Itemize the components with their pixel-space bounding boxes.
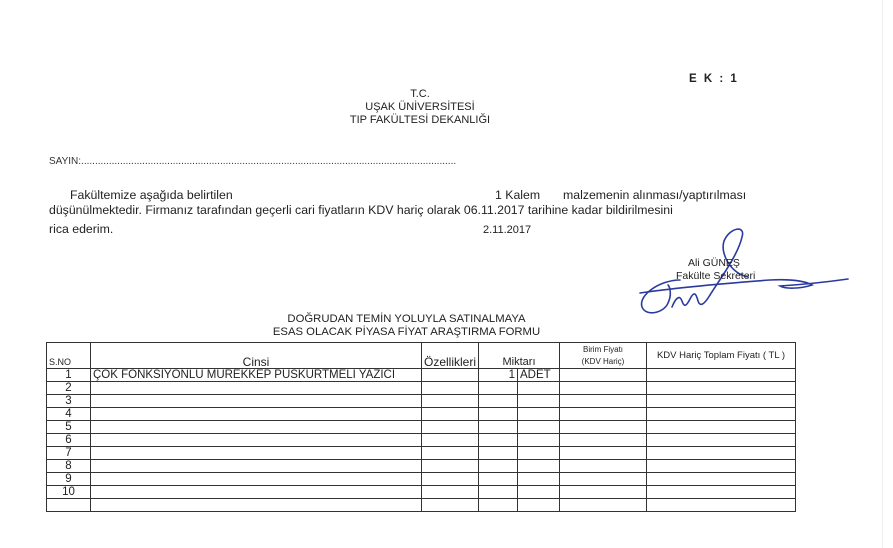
table-row: 3: [47, 395, 796, 408]
cell-total-price[interactable]: [647, 434, 796, 447]
cell-ozellikleri[interactable]: [422, 486, 479, 499]
cell-ozellikleri[interactable]: [422, 382, 479, 395]
cell-unit[interactable]: [518, 499, 560, 512]
cell-cinsi[interactable]: [91, 395, 422, 408]
cell-unit-price[interactable]: [560, 434, 647, 447]
header-tc: T.C.: [0, 88, 840, 100]
cell-unit-price[interactable]: [560, 499, 647, 512]
row-number[interactable]: 10: [47, 486, 91, 499]
body-line1-end: malzemenin alınması/yaptırılması: [563, 188, 746, 202]
table-row: 9: [47, 473, 796, 486]
col-header-cinsi: Cinsi: [91, 343, 422, 369]
table-row: 7: [47, 447, 796, 460]
row-number[interactable]: 9: [47, 473, 91, 486]
row-number[interactable]: [47, 499, 91, 512]
cell-ozellikleri[interactable]: [422, 408, 479, 421]
cell-ozellikleri[interactable]: [422, 434, 479, 447]
row-number[interactable]: 1: [47, 369, 91, 382]
header-faculty: TIP FAKÜLTESİ DEKANLIĞI: [0, 114, 840, 126]
cell-total-price[interactable]: [647, 499, 796, 512]
form-title-line2: ESAS OLACAK PİYASA FİYAT ARAŞTIRMA FORMU: [0, 326, 813, 338]
annex-label: E K : 1: [689, 73, 739, 85]
cell-unit-price[interactable]: [560, 447, 647, 460]
cell-total-price[interactable]: [647, 421, 796, 434]
body-line3: rica ederim.: [49, 222, 113, 236]
cell-unit[interactable]: [518, 486, 560, 499]
cell-quantity[interactable]: [479, 473, 518, 486]
table-row: [47, 499, 796, 512]
cell-unit-price[interactable]: [560, 486, 647, 499]
cell-total-price[interactable]: [647, 382, 796, 395]
cell-quantity[interactable]: [479, 486, 518, 499]
cell-unit[interactable]: [518, 395, 560, 408]
col-header-ozellikleri: Özellikleri: [422, 343, 479, 369]
cell-cinsi[interactable]: [91, 382, 422, 395]
cell-quantity[interactable]: [479, 434, 518, 447]
cell-unit[interactable]: [518, 382, 560, 395]
body-line1-start: Fakültemize aşağıda belirtilen: [70, 188, 233, 202]
row-number[interactable]: 7: [47, 447, 91, 460]
body-item-count: 1 Kalem: [495, 188, 540, 202]
cell-ozellikleri[interactable]: [422, 395, 479, 408]
cell-ozellikleri[interactable]: [422, 369, 479, 382]
cell-total-price[interactable]: [647, 460, 796, 473]
cell-quantity[interactable]: [479, 382, 518, 395]
header-university: UŞAK ÜNİVERSİTESİ: [0, 101, 840, 113]
cell-total-price[interactable]: [647, 408, 796, 421]
row-number[interactable]: 3: [47, 395, 91, 408]
cell-cinsi[interactable]: [91, 447, 422, 460]
cell-cinsi[interactable]: ÇOK FONKSİYONLU MÜREKKEP PÜSKÜRTMELİ YAZ…: [91, 369, 422, 382]
signatory-title: Fakülte Sekreteri: [676, 270, 755, 282]
cell-cinsi[interactable]: [91, 499, 422, 512]
col-header-toplam: KDV Hariç Toplam Fiyatı ( TL ): [647, 343, 796, 369]
cell-quantity[interactable]: [479, 447, 518, 460]
cell-quantity[interactable]: [479, 421, 518, 434]
cell-unit-price[interactable]: [560, 382, 647, 395]
letter-date: 2.11.2017: [483, 224, 531, 236]
table-row: 1ÇOK FONKSİYONLU MÜREKKEP PÜSKÜRTMELİ YA…: [47, 369, 796, 382]
cell-total-price[interactable]: [647, 486, 796, 499]
cell-total-price[interactable]: [647, 447, 796, 460]
row-number[interactable]: 5: [47, 421, 91, 434]
salutation-line: SAYIN:..................................…: [49, 156, 456, 167]
cell-unit[interactable]: [518, 473, 560, 486]
table-row: 4: [47, 408, 796, 421]
price-survey-table: S.NO Cinsi Özellikleri Miktarı Birim Fiy…: [46, 342, 796, 512]
cell-unit[interactable]: [518, 447, 560, 460]
table-row: 8: [47, 460, 796, 473]
cell-unit-price[interactable]: [560, 473, 647, 486]
cell-quantity[interactable]: [479, 460, 518, 473]
cell-unit[interactable]: [518, 460, 560, 473]
cell-total-price[interactable]: [647, 473, 796, 486]
cell-total-price[interactable]: [647, 369, 796, 382]
col-header-miktari: Miktarı: [479, 343, 560, 369]
cell-total-price[interactable]: [647, 395, 796, 408]
cell-cinsi[interactable]: [91, 486, 422, 499]
table-row: 5: [47, 421, 796, 434]
cell-ozellikleri[interactable]: [422, 421, 479, 434]
birim-fiyati-line2: (KDV Hariç): [582, 357, 625, 366]
table-header-row: S.NO Cinsi Özellikleri Miktarı Birim Fiy…: [47, 343, 796, 369]
cell-unit-price[interactable]: [560, 460, 647, 473]
birim-fiyati-line1: Birim Fiyatı: [583, 345, 623, 354]
cell-ozellikleri[interactable]: [422, 460, 479, 473]
cell-unit-price[interactable]: [560, 408, 647, 421]
cell-unit-price[interactable]: [560, 421, 647, 434]
cell-unit[interactable]: ADET: [518, 369, 560, 382]
cell-cinsi[interactable]: [91, 421, 422, 434]
col-header-sno: S.NO: [47, 343, 91, 369]
cell-quantity[interactable]: [479, 499, 518, 512]
cell-unit[interactable]: [518, 408, 560, 421]
table-row: 10: [47, 486, 796, 499]
cell-unit[interactable]: [518, 434, 560, 447]
cell-quantity[interactable]: [479, 395, 518, 408]
cell-cinsi[interactable]: [91, 434, 422, 447]
form-title-line1: DOĞRUDAN TEMİN YOLUYLA SATINALMAYA: [0, 313, 813, 325]
row-number[interactable]: 2: [47, 382, 91, 395]
cell-cinsi[interactable]: [91, 460, 422, 473]
cell-cinsi[interactable]: [91, 408, 422, 421]
cell-unit[interactable]: [518, 421, 560, 434]
cell-ozellikleri[interactable]: [422, 473, 479, 486]
table-row: 6: [47, 434, 796, 447]
cell-ozellikleri[interactable]: [422, 499, 479, 512]
cell-cinsi[interactable]: [91, 473, 422, 486]
cell-ozellikleri[interactable]: [422, 447, 479, 460]
col-header-birim-fiyati: Birim Fiyatı(KDV Hariç): [560, 343, 647, 369]
signatory-name: Ali GÜNEŞ: [688, 257, 740, 269]
cell-quantity[interactable]: 1: [479, 369, 518, 382]
cell-unit-price[interactable]: [560, 395, 647, 408]
cell-quantity[interactable]: [479, 408, 518, 421]
table-row: 2: [47, 382, 796, 395]
row-number[interactable]: 8: [47, 460, 91, 473]
cell-unit-price[interactable]: [560, 369, 647, 382]
body-line2: düşünülmektedir. Firmanız tarafından geç…: [49, 203, 673, 217]
row-number[interactable]: 4: [47, 408, 91, 421]
page-edge: [882, 0, 883, 548]
row-number[interactable]: 6: [47, 434, 91, 447]
